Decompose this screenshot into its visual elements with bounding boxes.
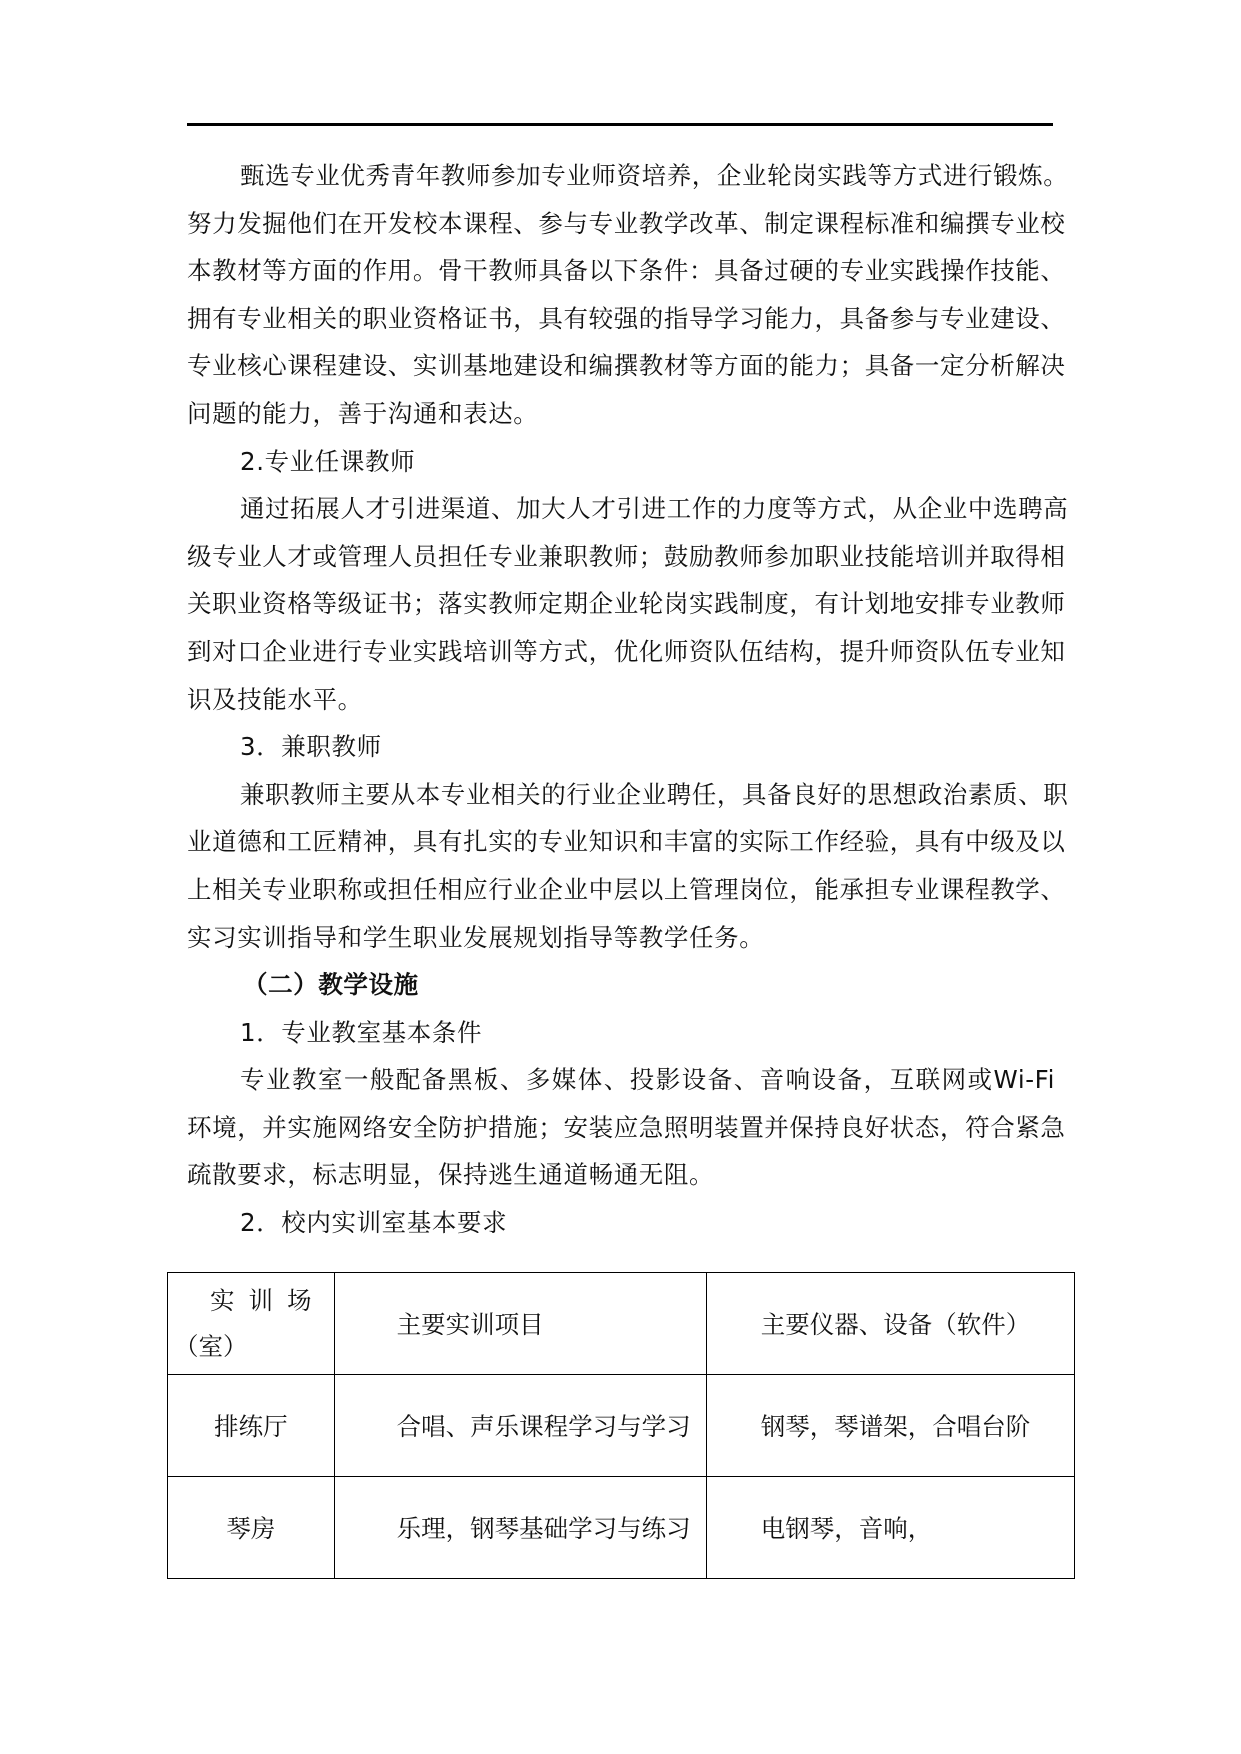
paragraph-line: 识及技能水平。 bbox=[187, 676, 1055, 724]
header-cell-equipment: 主要仪器、设备（软件） bbox=[706, 1273, 1074, 1375]
paragraph-line: 到对口企业进行专业实践培训等方式，优化师资队伍结构，提升师资队伍专业知 bbox=[187, 628, 1055, 676]
paragraph-line: 甄选专业优秀青年教师参加专业师资培养，企业轮岗实践等方式进行锻炼。 bbox=[187, 152, 1055, 200]
subheading-part-time-teachers: 3．兼职教师 bbox=[187, 723, 1055, 771]
header-cell-room: 实训场 （室） bbox=[168, 1273, 335, 1375]
table-row: 排练厅 合唱、声乐课程学习与学习 钢琴，琴谱架，合唱台阶 bbox=[168, 1375, 1075, 1477]
paragraph-line: 级专业人才或管理人员担任专业兼职教师；鼓励教师参加职业技能培训并取得相 bbox=[187, 533, 1055, 581]
cell-room: 排练厅 bbox=[168, 1375, 335, 1477]
subheading-classroom-conditions: 1．专业教室基本条件 bbox=[187, 1009, 1055, 1057]
paragraph-line: 疏散要求，标志明显，保持逃生通道畅通无阻。 bbox=[187, 1151, 1055, 1199]
document-body: 甄选专业优秀青年教师参加专业师资培养，企业轮岗实践等方式进行锻炼。 努力发掘他们… bbox=[187, 152, 1055, 1247]
paragraph-line: 努力发掘他们在开发校本课程、参与专业教学改革、制定课程标准和编撰专业校 bbox=[187, 200, 1055, 248]
cell-room: 琴房 bbox=[168, 1477, 335, 1579]
paragraph-line: 上相关专业职称或担任相应行业企业中层以上管理岗位，能承担专业课程教学、 bbox=[187, 866, 1055, 914]
table-header-row: 实训场 （室） 主要实训项目 主要仪器、设备（软件） bbox=[168, 1273, 1075, 1375]
paragraph-line: 环境，并实施网络安全防护措施；安装应急照明装置并保持良好状态，符合紧急 bbox=[187, 1104, 1055, 1152]
table-row: 琴房 乐理，钢琴基础学习与练习 电钢琴，音响， bbox=[168, 1477, 1075, 1579]
subheading-full-time-teachers: 2.专业任课教师 bbox=[187, 438, 1055, 486]
paragraph-line: 通过拓展人才引进渠道、加大人才引进工作的力度等方式，从企业中选聘高 bbox=[187, 485, 1055, 533]
section-heading-teaching-facilities: （二）教学设施 bbox=[187, 961, 1055, 1009]
paragraph-line: 实习实训指导和学生职业发展规划指导等教学任务。 bbox=[187, 914, 1055, 962]
header-cell-items: 主要实训项目 bbox=[334, 1273, 706, 1375]
paragraph-line: 关职业资格等级证书；落实教师定期企业轮岗实践制度，有计划地安排专业教师 bbox=[187, 580, 1055, 628]
training-rooms-table: 实训场 （室） 主要实训项目 主要仪器、设备（软件） 排练厅 合唱、声乐课程学习… bbox=[167, 1272, 1075, 1579]
paragraph-line: 业道德和工匠精神，具有扎实的专业知识和丰富的实际工作经验，具有中级及以 bbox=[187, 818, 1055, 866]
header-room-line2: （室） bbox=[174, 1324, 334, 1370]
paragraph-line: 拥有专业相关的职业资格证书，具有较强的指导学习能力，具备参与专业建设、 bbox=[187, 295, 1055, 343]
header-rule bbox=[187, 123, 1053, 126]
cell-equipment: 电钢琴，音响， bbox=[706, 1477, 1074, 1579]
paragraph-line: 本教材等方面的作用。骨干教师具备以下条件：具备过硬的专业实践操作技能、 bbox=[187, 247, 1055, 295]
paragraph-line: 问题的能力，善于沟通和表达。 bbox=[187, 390, 1055, 438]
cell-items: 乐理，钢琴基础学习与练习 bbox=[334, 1477, 706, 1579]
cell-items: 合唱、声乐课程学习与学习 bbox=[334, 1375, 706, 1477]
paragraph-line: 专业核心课程建设、实训基地建设和编撰教材等方面的能力；具备一定分析解决 bbox=[187, 342, 1055, 390]
paragraph-line: 专业教室一般配备黑板、多媒体、投影设备、音响设备，互联网或Wi-Fi bbox=[187, 1056, 1055, 1104]
paragraph-line: 兼职教师主要从本专业相关的行业企业聘任，具备良好的思想政治素质、职 bbox=[187, 771, 1055, 819]
header-room-line1: 实训场 bbox=[174, 1278, 334, 1324]
cell-equipment: 钢琴，琴谱架，合唱台阶 bbox=[706, 1375, 1074, 1477]
subheading-training-room-requirements: 2．校内实训室基本要求 bbox=[187, 1199, 1055, 1247]
